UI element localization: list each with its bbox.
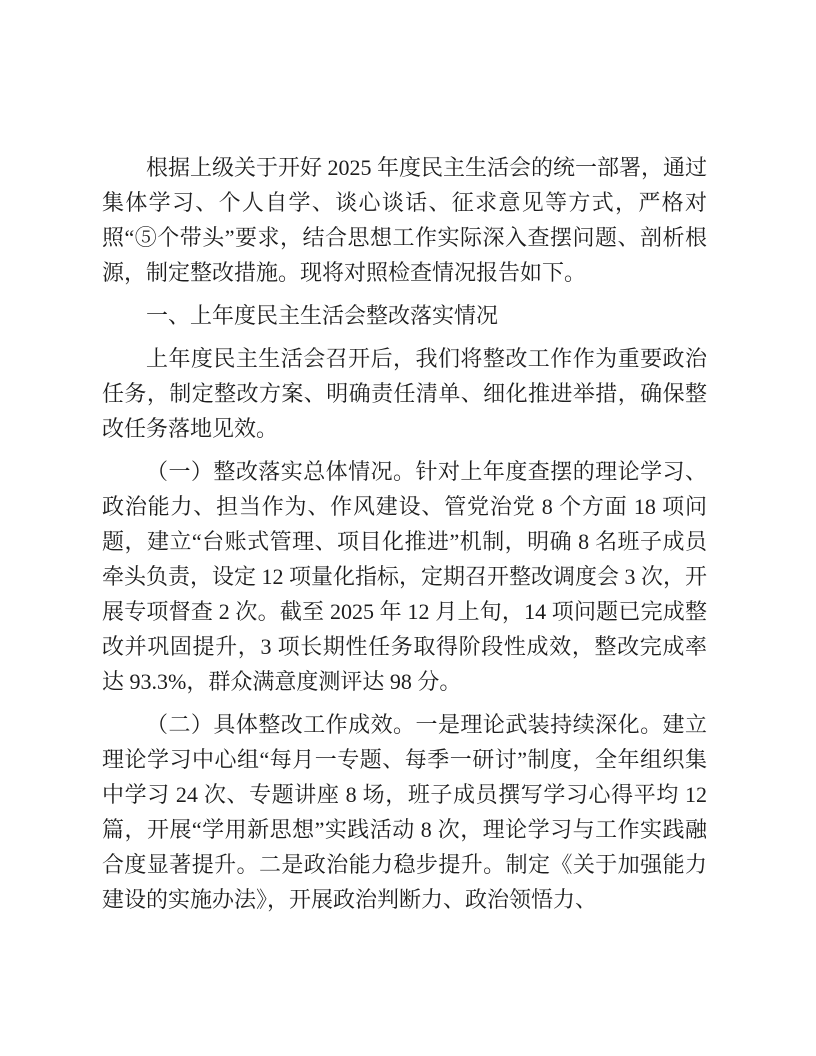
document-content: 根据上级关于开好 2025 年度民主生活会的统一部署，通过集体学习、个人自学、谈… xyxy=(102,150,707,917)
body-paragraph-specific-results: （二）具体整改工作成效。一是理论武装持续深化。建立理论学习中心组“每月一专题、每… xyxy=(102,707,707,917)
intro-paragraph: 根据上级关于开好 2025 年度民主生活会的统一部署，通过集体学习、个人自学、谈… xyxy=(102,150,707,290)
body-paragraph-rectification-overview: 上年度民主生活会召开后，我们将整改工作作为重要政治任务，制定整改方案、明确责任清… xyxy=(102,341,707,446)
document-page: 根据上级关于开好 2025 年度民主生活会的统一部署，通过集体学习、个人自学、谈… xyxy=(0,0,816,1056)
body-paragraph-overall-situation: （一）整改落实总体情况。针对上年度查摆的理论学习、政治能力、担当作为、作风建设、… xyxy=(102,454,707,699)
section-heading-1: 一、上年度民主生活会整改落实情况 xyxy=(102,298,707,333)
